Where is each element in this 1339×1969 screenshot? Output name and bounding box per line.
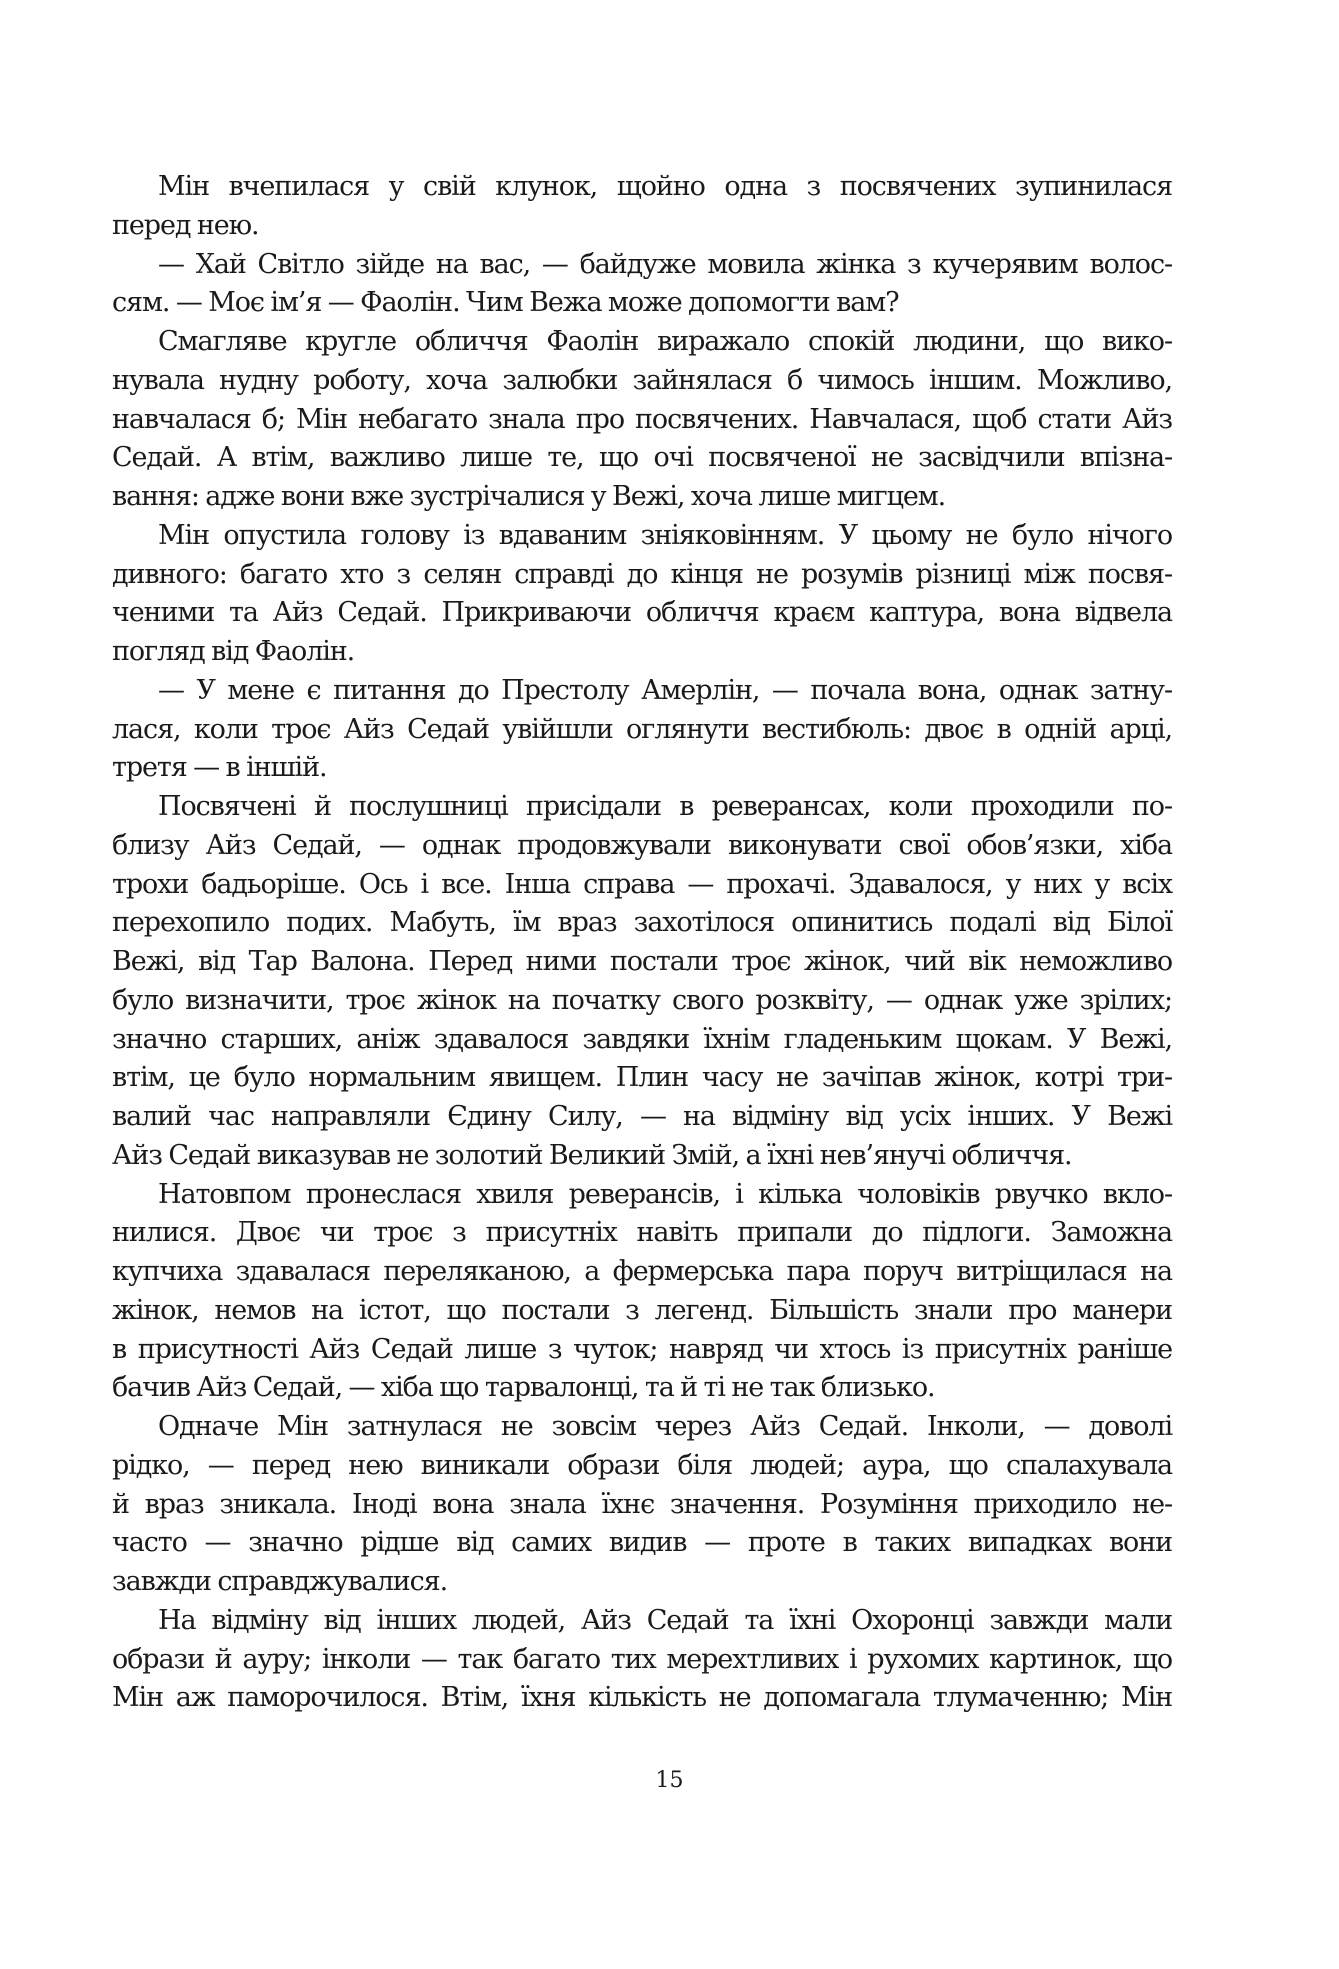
- text-line: завжди справджувалися.: [112, 1563, 1172, 1602]
- text-line: втім, це було нормальним явищем. Плин ча…: [112, 1059, 1172, 1098]
- page-number: 15: [0, 1768, 1339, 1793]
- text-line: дивного: багато хто з селян справді до к…: [112, 556, 1172, 595]
- paragraph: Одначе Мін затнулася не зовсім через Айз…: [112, 1408, 1172, 1602]
- text-line: лася, коли троє Айз Седай увійшли огляну…: [112, 711, 1172, 750]
- text-line: значно старших, аніж здавалося завдяки ї…: [112, 1021, 1172, 1060]
- text-line: рідко, — перед нею виникали образи біля …: [112, 1447, 1172, 1486]
- text-line: Вежі, від Тар Валона. Перед ними постали…: [112, 943, 1172, 982]
- paragraph: На відміну від інших людей, Айз Седай та…: [112, 1602, 1172, 1718]
- text-line: Натовпом пронеслася хвиля реверансів, і …: [112, 1176, 1172, 1215]
- text-line: Мін аж паморочилося. Втім, їхня кількіст…: [112, 1679, 1172, 1718]
- text-line: Одначе Мін затнулася не зовсім через Айз…: [112, 1408, 1172, 1447]
- page-body: Мін вчепилася у свій клунок, щойно одна …: [112, 168, 1172, 1718]
- text-line: ченими та Айз Седай. Прикриваючи обличчя…: [112, 594, 1172, 633]
- text-line: вання: адже вони вже зустрічалися у Вежі…: [112, 478, 1172, 517]
- text-line: Мін вчепилася у свій клунок, щойно одна …: [112, 168, 1172, 207]
- text-line: — У мене є питання до Престолу Амерлін, …: [112, 672, 1172, 711]
- text-line: й враз зникала. Іноді вона знала їхнє зн…: [112, 1486, 1172, 1525]
- text-line: Посвячені й послушниці присідали в ревер…: [112, 788, 1172, 827]
- paragraph: Посвячені й послушниці присідали в ревер…: [112, 788, 1172, 1176]
- paragraph: Натовпом пронеслася хвиля реверансів, і …: [112, 1176, 1172, 1409]
- text-line: Смагляве кругле обличчя Фаолін виражало …: [112, 323, 1172, 362]
- text-line: Айз Седай виказував не золотий Великий З…: [112, 1137, 1172, 1176]
- paragraph: Мін вчепилася у свій клунок, щойно одна …: [112, 168, 1172, 246]
- text-line: перехопило подих. Мабуть, їм враз захоті…: [112, 904, 1172, 943]
- paragraph: — Хай Світло зійде на вас, — байдуже мов…: [112, 246, 1172, 324]
- text-line: близу Айз Седай, — однак продовжували ви…: [112, 827, 1172, 866]
- text-line: часто — значно рідше від самих видив — п…: [112, 1524, 1172, 1563]
- text-line: бачив Айз Седай, — хіба що тарвалонці, т…: [112, 1369, 1172, 1408]
- paragraph: — У мене є питання до Престолу Амерлін, …: [112, 672, 1172, 788]
- text-line: в присутності Айз Седай лише з чуток; на…: [112, 1331, 1172, 1370]
- paragraph: Смагляве кругле обличчя Фаолін виражало …: [112, 323, 1172, 517]
- text-line: валий час направляли Єдину Силу, — на ві…: [112, 1098, 1172, 1137]
- text-line: сям. — Моє ім’я — Фаолін. Чим Вежа може …: [112, 284, 1172, 323]
- text-line: погляд від Фаолін.: [112, 633, 1172, 672]
- paragraph: Мін опустила голову із вдаваним зніякові…: [112, 517, 1172, 672]
- text-line: На відміну від інших людей, Айз Седай та…: [112, 1602, 1172, 1641]
- text-line: купчиха здавалася переляканою, а фермерс…: [112, 1253, 1172, 1292]
- text-line: нилися. Двоє чи троє з присутніх навіть …: [112, 1214, 1172, 1253]
- text-line: трохи бадьоріше. Ось і все. Інша справа …: [112, 866, 1172, 905]
- text-line: було визначити, троє жінок на початку св…: [112, 982, 1172, 1021]
- text-line: — Хай Світло зійде на вас, — байдуже мов…: [112, 246, 1172, 285]
- text-line: нувала нудну роботу, хоча залюбки зайнял…: [112, 362, 1172, 401]
- text-line: третя — в іншій.: [112, 749, 1172, 788]
- text-line: образи й ауру; інколи — так багато тих м…: [112, 1641, 1172, 1680]
- text-line: жінок, немов на істот, що постали з леге…: [112, 1292, 1172, 1331]
- text-line: Мін опустила голову із вдаваним зніякові…: [112, 517, 1172, 556]
- text-line: Седай. А втім, важливо лише те, що очі п…: [112, 439, 1172, 478]
- text-line: навчалася б; Мін небагато знала про посв…: [112, 401, 1172, 440]
- text-line: перед нею.: [112, 207, 1172, 246]
